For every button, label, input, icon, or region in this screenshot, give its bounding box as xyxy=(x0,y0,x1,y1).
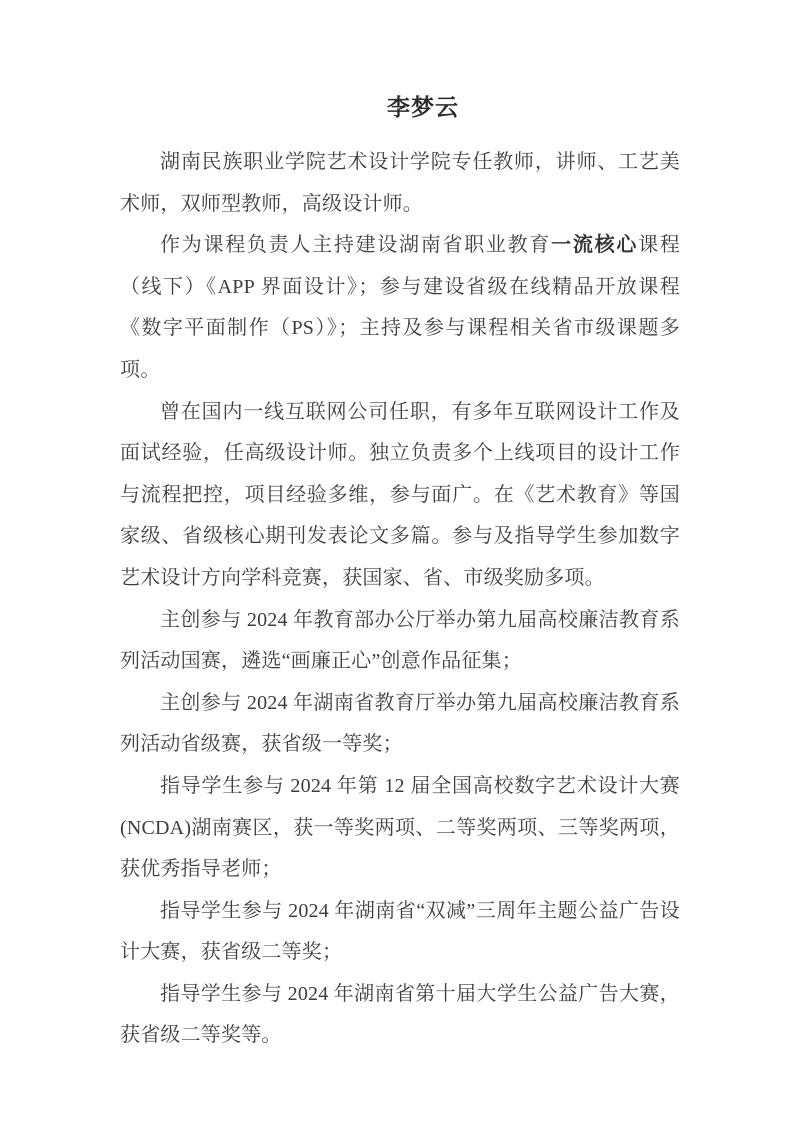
highlight-term-first-class-core: 一流核心 xyxy=(551,234,638,256)
paragraph-award-student-psa: 指导学生参与 2024 年湖南省第十届大学生公益广告大赛，获省级二等奖等。 xyxy=(120,974,680,1057)
paragraph-industry-experience: 曾在国内一线互联网公司任职，有多年互联网设计工作及面试经验，任高级设计师。独立负… xyxy=(120,392,680,600)
paragraph-intro: 湖南民族职业学院艺术设计学院专任教师，讲师、工艺美术师，双师型教师，高级设计师。 xyxy=(120,142,680,225)
document-body: 湖南民族职业学院艺术设计学院专任教师，讲师、工艺美术师，双师型教师，高级设计师。… xyxy=(120,142,680,1057)
paragraph-award-national-integrity: 主创参与 2024 年教育部办公厅举办第九届高校廉洁教育系列活动国赛，遴选“画廉… xyxy=(120,600,680,683)
paragraph-award-ncda: 指导学生参与 2024 年第 12 届全国高校数字艺术设计大赛(NCDA)湖南赛… xyxy=(120,766,680,891)
paragraph-award-provincial-integrity: 主创参与 2024 年湖南省教育厅举办第九届高校廉洁教育系列活动省级赛，获省级一… xyxy=(120,683,680,766)
paragraph-courses-post: 课程（线下）《APP 界面设计》；参与建设省级在线精品开放课程《数字平面制作（P… xyxy=(120,234,680,381)
paragraph-award-shuangjian-psa: 指导学生参与 2024 年湖南省“双减”三周年主题公益广告设计大赛，获省级二等奖… xyxy=(120,891,680,974)
document-title: 李梦云 xyxy=(120,86,680,128)
document-page: 李梦云 湖南民族职业学院艺术设计学院专任教师，讲师、工艺美术师，双师型教师，高级… xyxy=(0,0,800,1132)
paragraph-courses: 作为课程负责人主持建设湖南省职业教育一流核心课程（线下）《APP 界面设计》；参… xyxy=(120,225,680,391)
paragraph-courses-pre: 作为课程负责人主持建设湖南省职业教育 xyxy=(160,234,551,256)
